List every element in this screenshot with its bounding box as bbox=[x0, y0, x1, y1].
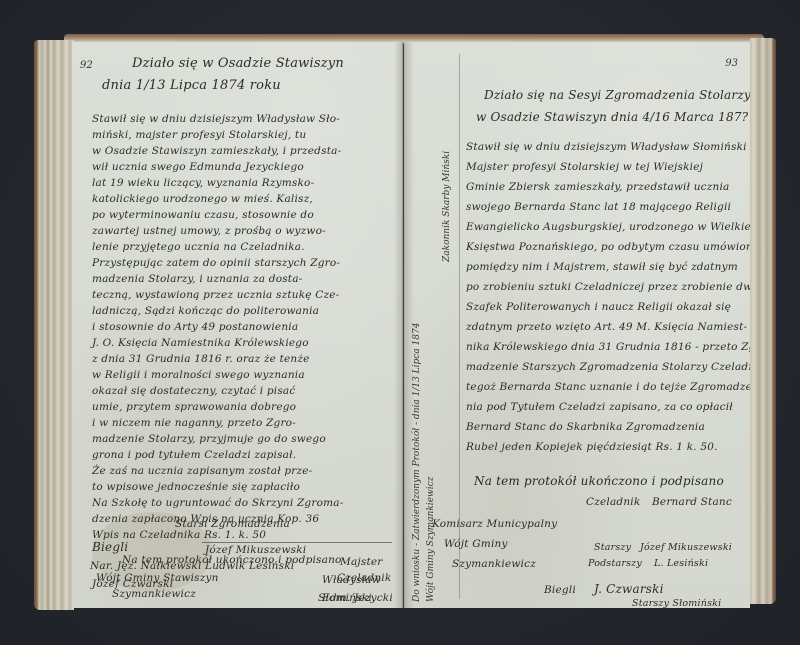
signature-podstarszy-name: L. Lesiński bbox=[654, 558, 708, 569]
signature-starsi-name-1: Józef Mikuszewski bbox=[205, 544, 306, 556]
body-line: madzenie Starszych Zgromadzenia Stolarzy… bbox=[466, 360, 750, 374]
body-line: nika Królewskiego dnia 31 Grudnia 1816 -… bbox=[466, 340, 750, 354]
body-line: po zrobieniu sztuki Czeladniczej przez z… bbox=[466, 280, 750, 294]
signature-biegli-label: Biegli bbox=[544, 584, 576, 596]
body-line: nia pod Tytułem Czeladzi zapisano, za co… bbox=[466, 400, 733, 414]
body-line: zawartej ustnej umowy, z prośbą o wyzwo- bbox=[92, 224, 326, 238]
signature-wojt-title: Wójt Gminy bbox=[444, 538, 508, 550]
signature-majster-label: Majster bbox=[340, 556, 383, 568]
signature-komisarz-title: Komisarz Municypalny bbox=[432, 518, 557, 530]
folio-number: 92 bbox=[80, 60, 93, 71]
signature-starszy-label: Starszy bbox=[594, 542, 631, 553]
margin-note: Zakonnik Skarby Miński bbox=[442, 151, 452, 262]
body-line: Stawił się w dniu dzisiejszym Władysław … bbox=[92, 112, 340, 126]
signature-czeladnik-name: Bernard Stanc bbox=[652, 496, 732, 508]
body-line: katolickiego urodzonego w mieś. Kalisz, bbox=[92, 192, 313, 206]
body-line: madzenie Stolarzy, przyjmuje go do swego bbox=[92, 432, 326, 446]
right-page: 93 Działo się na Sesyi Zgromadzenia Stol… bbox=[404, 42, 750, 608]
body-line: swojego Bernarda Stanc lat 18 mającego R… bbox=[466, 200, 731, 214]
body-line: i stosownie do Arty 49 postanowienia bbox=[92, 320, 298, 334]
signature-starszy-name: Józef Mikuszewski bbox=[640, 542, 732, 553]
body-line: tegoż Bernarda Stanc uznanie i do tejże … bbox=[466, 380, 750, 394]
signature-starsi-name-2: Nar. Jęz. Nałkiewski Ludwik Lesiński bbox=[90, 560, 294, 572]
body-line: w Religii i moralności swego wyznania bbox=[92, 368, 305, 382]
signature-czeladnik-label: Czeladnik bbox=[586, 496, 640, 508]
signature-majster-name-1: Władysław bbox=[322, 574, 381, 586]
body-line: J. O. Księcia Namiestnika Królewskiego bbox=[92, 336, 309, 350]
body-line: lat 19 wieku liczący, wyznania Rzymsko- bbox=[92, 176, 314, 190]
signature-podstarszy-label: Podstarszy bbox=[588, 558, 642, 569]
body-line: Rubel jeden Kopiejek pięćdziesiąt Rs. 1 … bbox=[466, 440, 718, 454]
body-line: zdatnym przeto wzięto Art. 49 M. Księcia… bbox=[466, 320, 747, 334]
body-line: wił ucznia swego Edmunda Jezyckiego bbox=[92, 160, 304, 174]
entry-heading-line-1: Działo się w Osadzie Stawiszyn bbox=[132, 56, 344, 71]
body-line: Gminie Zbiersk zamieszkały, przedstawił … bbox=[466, 180, 729, 194]
body-line: w Osadzie Stawiszyn zamieszkały, i przed… bbox=[92, 144, 341, 158]
signature-biegli-name: Józef Czwarski bbox=[92, 578, 173, 590]
left-page-stack-edge bbox=[34, 40, 74, 610]
body-line: po wyterminowaniu czasu, stosownie do bbox=[92, 208, 314, 222]
body-line: Stawił się w dniu dzisiejszym Władysław … bbox=[466, 140, 747, 154]
open-register-book: 92 Działo się w Osadzie Stawiszyn dnia 1… bbox=[34, 34, 776, 616]
body-line: miński, majster profesyi Stolarskiej, tu bbox=[92, 128, 306, 142]
body-line: Na Szkołę to ugruntować do Skrzyni Zgrom… bbox=[92, 496, 343, 510]
body-line: Bernard Stanc do Skarbnika Zgromadzenia bbox=[466, 420, 705, 434]
margin-note: Do wniosku - Zatwierdzonym Protokół - dn… bbox=[412, 323, 422, 602]
closing-statement: Na tem protokół ukończono i podpisano bbox=[474, 474, 724, 488]
signature-biegli-label: Biegli bbox=[92, 540, 128, 554]
entry-heading-line-2: w Osadzie Stawiszyn dnia 4/16 Marca 187? bbox=[476, 110, 748, 124]
body-line: i w niczem nie naganny, przeto Zgro- bbox=[92, 416, 296, 430]
entry-heading-line-2: dnia 1/13 Lipca 1874 roku bbox=[102, 78, 281, 93]
body-line: pomiędzy nim i Majstrem, stawił się być … bbox=[466, 260, 738, 274]
body-line: madzenia Stolarzy, i uznania za dosta- bbox=[92, 272, 302, 286]
margin-note: Wójt Gminy Szymankiewicz bbox=[426, 477, 436, 602]
body-line: teczną, wystawioną przez ucznia sztukę C… bbox=[92, 288, 339, 302]
body-line: Ewangielicko Augsburgskiej, urodzonego w… bbox=[466, 220, 750, 234]
body-line: lenie przyjętego ucznia na Czeladnika. bbox=[92, 240, 305, 254]
right-page-stack-edge bbox=[750, 38, 776, 604]
signature-biegli-name: J. Czwarski bbox=[594, 582, 664, 596]
body-line: Szafek Politerowanych i naucz Religii ok… bbox=[466, 300, 731, 314]
body-line: to wpisowe jednocześnie się zapłaciło bbox=[92, 480, 300, 494]
body-line: grona i pod tytułem Czeladzi zapisał. bbox=[92, 448, 296, 462]
body-line: Księstwa Poznańskiego, po odbytym czasu … bbox=[466, 240, 750, 254]
fee-underline bbox=[202, 542, 392, 543]
body-line: ladniczą, Sądzi kończąc do politerowania bbox=[92, 304, 319, 318]
body-line: Że zaś na ucznia zapisanym został prze- bbox=[92, 464, 312, 478]
signature-majster-name-2: Słomiński bbox=[318, 592, 372, 604]
signature-wojt-name: Szymankiewicz bbox=[452, 558, 536, 570]
body-line: okazał się dostateczny, czytać i pisać bbox=[92, 384, 295, 398]
folio-number: 93 bbox=[725, 58, 738, 69]
signature-starsi-label: Starsi Zgromadzenia bbox=[175, 518, 290, 530]
body-line: Majster profesyi Stolarskiej w tej Wiejs… bbox=[466, 160, 703, 174]
body-line: Przystępując zatem do opinii starszych Z… bbox=[92, 256, 340, 270]
body-line: z dnia 31 Grudnia 1816 r. oraz że tenże bbox=[92, 352, 310, 366]
body-line: umie, przytem sprawowania dobrego bbox=[92, 400, 296, 414]
signature-starszy-extra: Starszy Słomiński bbox=[632, 598, 721, 608]
entry-heading-line-1: Działo się na Sesyi Zgromadzenia Stolarz… bbox=[484, 88, 750, 102]
